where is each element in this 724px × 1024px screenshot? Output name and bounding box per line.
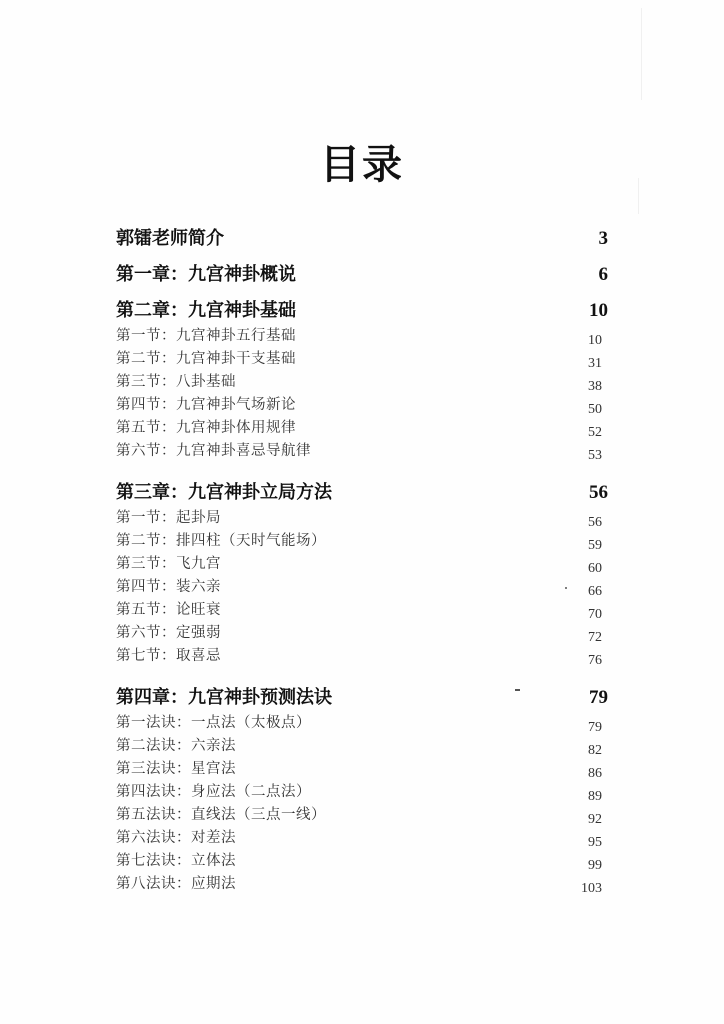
toc-section[interactable]: 第六节：定强弱 72: [116, 619, 608, 642]
toc-section-label: 第五节：九宫神卦体用规律: [116, 416, 296, 437]
toc-section[interactable]: 第二节：九宫神卦干支基础 31: [116, 345, 608, 368]
toc-section-label: 第一节：起卦局: [116, 506, 221, 527]
toc-section-label: 第三法诀：星宫法: [116, 757, 236, 778]
toc-chapter-1[interactable]: 第一章：九宫神卦概说 6: [116, 250, 608, 286]
toc-section-label: 第二法诀：六亲法: [116, 734, 236, 755]
toc-section-label: 第五节：论旺衰: [116, 598, 221, 619]
toc-page-number: 6: [599, 264, 609, 286]
toc-chapter-3[interactable]: 第三章：九宫神卦立局方法 56: [116, 468, 608, 504]
toc-page-number: 3: [599, 228, 609, 250]
toc-section-label: 第四节：装六亲: [116, 575, 221, 596]
toc-page-number: 103: [581, 881, 608, 897]
toc-section-label: 第三节：飞九宫: [116, 552, 221, 573]
toc-chapter-2[interactable]: 第二章：九宫神卦基础 10: [116, 286, 608, 322]
toc-section[interactable]: 第三节：八卦基础 38: [116, 368, 608, 391]
toc-section[interactable]: 第一节：九宫神卦五行基础 10: [116, 322, 608, 345]
toc-page-number: 79: [589, 687, 608, 709]
toc-section-label: 第七节：取喜忌: [116, 644, 221, 665]
toc-section-label: 第二节：排四柱（天时气能场）: [116, 529, 326, 550]
scan-speck: [565, 587, 567, 589]
toc-page-number: 56: [589, 482, 608, 504]
toc-chapter-label: 第四章：九宫神卦预测法诀: [116, 683, 332, 709]
page-title: 目录: [0, 133, 724, 190]
toc-section[interactable]: 第一节：起卦局 56: [116, 504, 608, 527]
toc-section[interactable]: 第六节：九宫神卦喜忌导航律 53: [116, 437, 608, 460]
toc-section-label: 第八法诀：应期法: [116, 872, 236, 893]
toc-section[interactable]: 第四法诀：身应法（二点法） 89: [116, 778, 608, 801]
toc-section-label: 第四节：九宫神卦气场新论: [116, 393, 296, 414]
toc-section[interactable]: 第五节：九宫神卦体用规律 52: [116, 414, 608, 437]
toc-chapter-4[interactable]: 第四章：九宫神卦预测法诀 79: [116, 673, 608, 709]
toc-section[interactable]: 第六法诀：对差法 95: [116, 824, 608, 847]
toc-section[interactable]: 第三节：飞九宫 60: [116, 550, 608, 573]
toc-section[interactable]: 第三法诀：星宫法 86: [116, 755, 608, 778]
toc-section-label: 第六法诀：对差法: [116, 826, 236, 847]
toc-section-label: 第七法诀：立体法: [116, 849, 236, 870]
toc-section[interactable]: 第五法诀：直线法（三点一线） 92: [116, 801, 608, 824]
toc-chapter-label: 第三章：九宫神卦立局方法: [116, 478, 332, 504]
toc-section-label: 第五法诀：直线法（三点一线）: [116, 803, 326, 824]
toc-section-label: 第三节：八卦基础: [116, 370, 236, 391]
toc-section[interactable]: 第四节：装六亲 66: [116, 573, 608, 596]
toc-section[interactable]: 第七法诀：立体法 99: [116, 847, 608, 870]
toc-section-label: 第六节：九宫神卦喜忌导航律: [116, 439, 311, 460]
toc-section[interactable]: 第七节：取喜忌 76: [116, 642, 608, 665]
toc-entry-label: 郭镭老师简介: [116, 224, 224, 250]
toc-section-label: 第一节：九宫神卦五行基础: [116, 324, 296, 345]
scan-speck: [515, 689, 520, 691]
toc-chapter-label: 第一章：九宫神卦概说: [116, 260, 296, 286]
table-of-contents: 郭镭老师简介 3 第一章：九宫神卦概说 6 第二章：九宫神卦基础 10 第一节：…: [116, 214, 608, 893]
toc-page-number: 10: [589, 300, 608, 322]
toc-page-number: 76: [588, 653, 608, 669]
toc-section-label: 第二节：九宫神卦干支基础: [116, 347, 296, 368]
toc-section[interactable]: 第四节：九宫神卦气场新论 50: [116, 391, 608, 414]
toc-section[interactable]: 第八法诀：应期法 103: [116, 870, 608, 893]
toc-page-number: 53: [588, 448, 608, 464]
toc-section-label: 第六节：定强弱: [116, 621, 221, 642]
toc-section[interactable]: 第二法诀：六亲法 82: [116, 732, 608, 755]
toc-section[interactable]: 第二节：排四柱（天时气能场） 59: [116, 527, 608, 550]
toc-section-label: 第一法诀：一点法（太极点）: [116, 711, 311, 732]
toc-section[interactable]: 第五节：论旺衰 70: [116, 596, 608, 619]
scan-artifact: [641, 8, 642, 100]
toc-section-label: 第四法诀：身应法（二点法）: [116, 780, 311, 801]
document-page: 目录 郭镭老师简介 3 第一章：九宫神卦概说 6 第二章：九宫神卦基础 10 第…: [0, 0, 724, 1024]
toc-chapter-label: 第二章：九宫神卦基础: [116, 296, 296, 322]
toc-entry-intro[interactable]: 郭镭老师简介 3: [116, 214, 608, 250]
toc-section[interactable]: 第一法诀：一点法（太极点） 79: [116, 709, 608, 732]
